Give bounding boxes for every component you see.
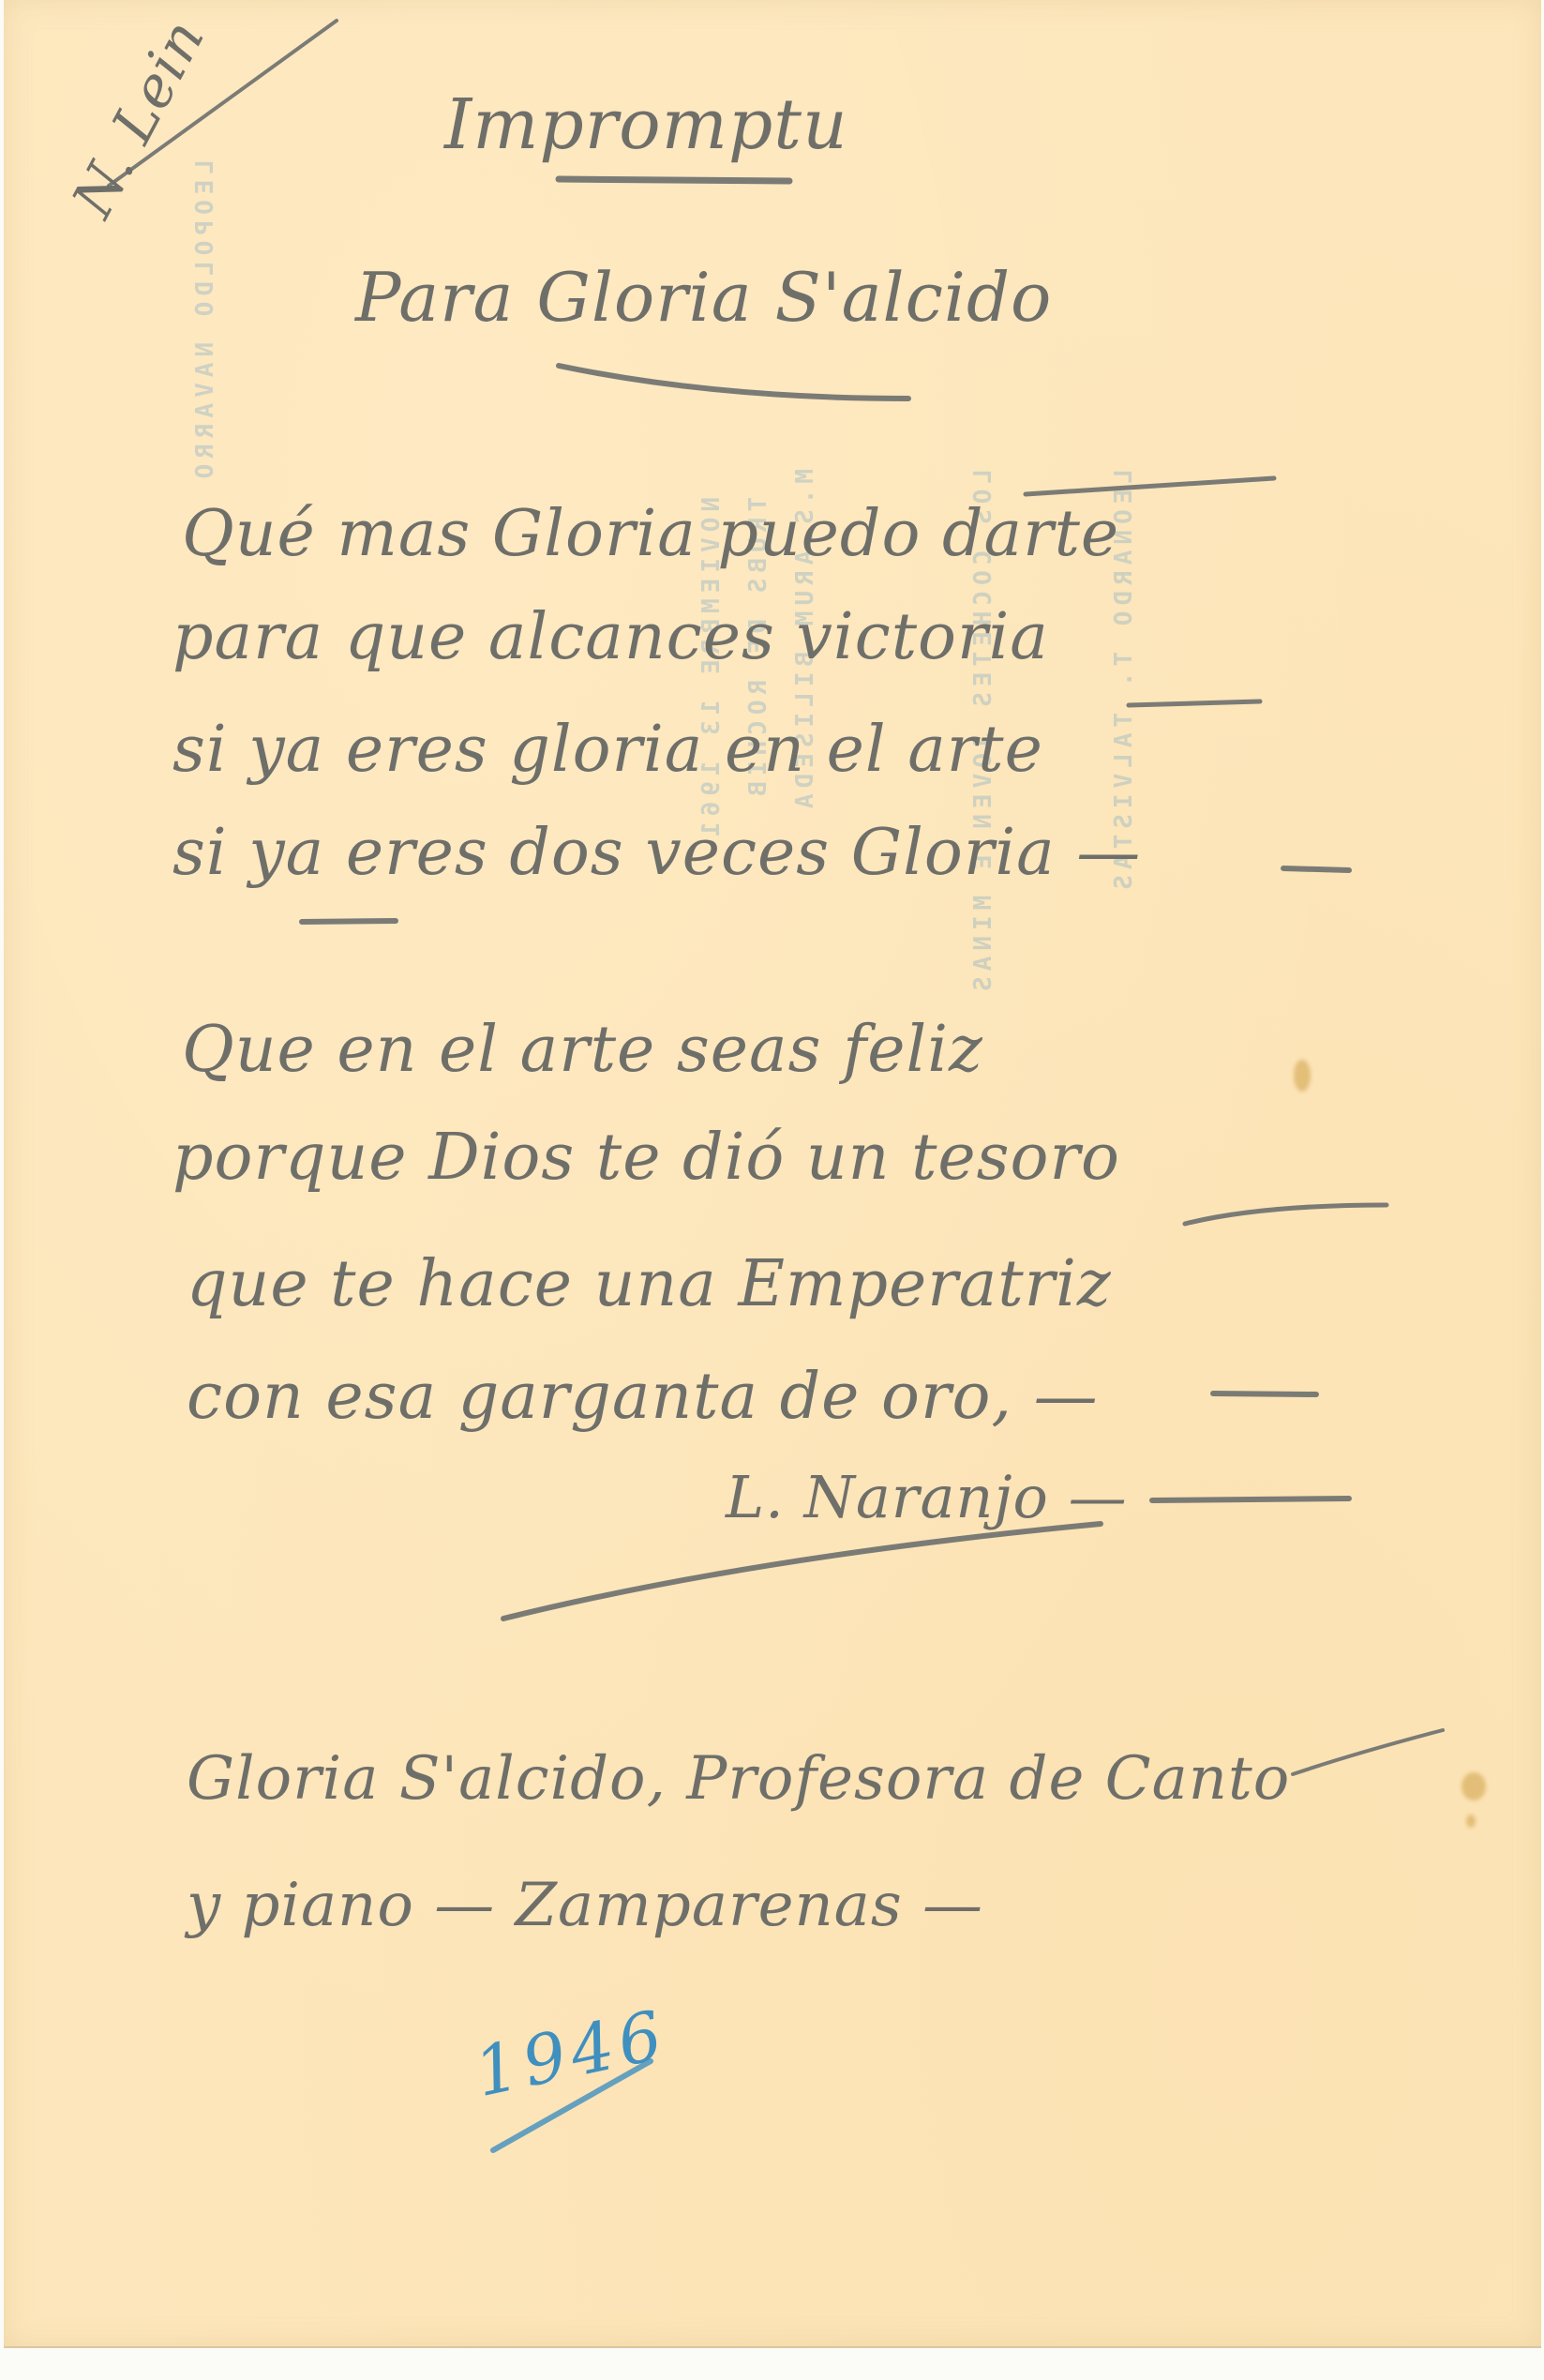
verse-line: si ya eres dos veces Gloria — [172, 816, 1141, 890]
verse-line: que te hace una Emperatriz [187, 1247, 1112, 1321]
verse-line: para que alcances victoria [172, 600, 1049, 674]
verse-line: con esa garganta de oro, — [187, 1360, 1099, 1434]
footer-line: Gloria S'alcido, Profesora de Canto [187, 1744, 1290, 1814]
paper-stain [1294, 1060, 1311, 1092]
paper-stain [1466, 1815, 1476, 1828]
signature: L. Naranjo — [726, 1463, 1128, 1531]
verse-line: si ya eres gloria en el arte [172, 713, 1043, 787]
verse-line: porque Dios te dió un tesoro [172, 1121, 1120, 1195]
verse-line: Que en el arte seas feliz [182, 1013, 983, 1087]
bleed-through-text: LEOPOLDO NAVARRO [191, 159, 219, 484]
footer-line: y piano — Zamparenas — [187, 1871, 983, 1940]
manuscript-paper: LEOPOLDO NAVARRO NOVIEMBRE 13 1961 TRUBS… [4, 0, 1541, 2348]
scanned-page: LEOPOLDO NAVARRO NOVIEMBRE 13 1961 TRUBS… [0, 0, 1544, 2380]
dedication: Para Gloria S'alcido [355, 258, 1052, 337]
poem-title: Impromptu [444, 84, 848, 165]
verse-line: Qué mas Gloria puedo darte [182, 497, 1119, 571]
paper-stain [1462, 1772, 1486, 1800]
year-annotation: 1946 [468, 1995, 674, 2112]
